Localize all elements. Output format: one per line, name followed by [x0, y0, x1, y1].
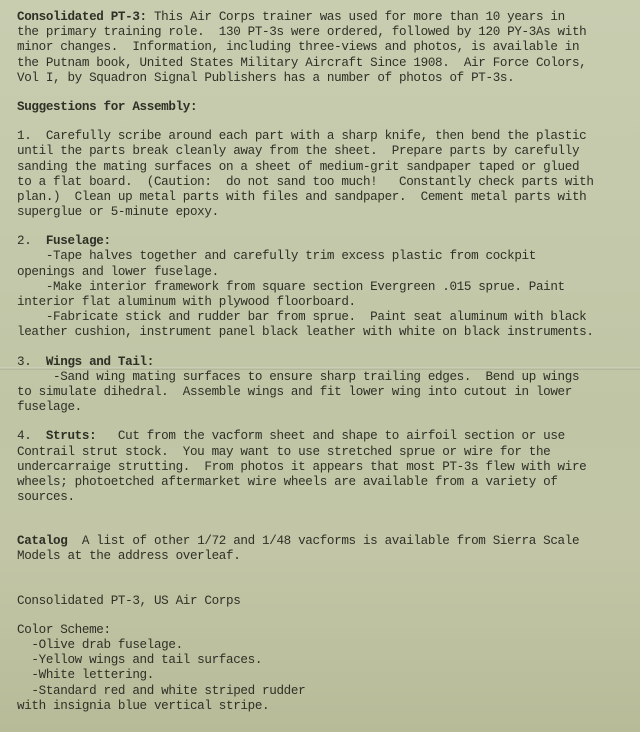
- step-2-fuselage: 2. Fuselage: -Tape halves together and c…: [17, 234, 629, 340]
- intro-title: Consolidated PT-3:: [17, 10, 147, 24]
- catalog-paragraph: Catalog A list of other 1/72 and 1/48 va…: [17, 534, 629, 564]
- color-scheme-heading: Color Scheme:: [17, 623, 629, 638]
- instruction-sheet: Consolidated PT-3: This Air Corps traine…: [17, 10, 629, 714]
- step-4-struts: 4. Struts: Cut from the vacform sheet an…: [17, 429, 629, 505]
- step-1-general: 1. Carefully scribe around each part wit…: [17, 129, 629, 220]
- step-3-wings-and-tail: 3. Wings and Tail: -Sand wing mating sur…: [17, 355, 629, 416]
- step-4-title: Struts:: [46, 429, 96, 443]
- catalog-title: Catalog: [17, 534, 67, 548]
- assembly-heading: Suggestions for Assembly:: [17, 100, 629, 115]
- step-3-title: Wings and Tail:: [46, 355, 154, 369]
- step-2-title: Fuselage:: [46, 234, 111, 248]
- subject-title: Consolidated PT-3, US Air Corps: [17, 594, 629, 609]
- intro-paragraph: Consolidated PT-3: This Air Corps traine…: [17, 10, 629, 86]
- color-scheme: Color Scheme: -Olive drab fuselage. -Yel…: [17, 623, 629, 714]
